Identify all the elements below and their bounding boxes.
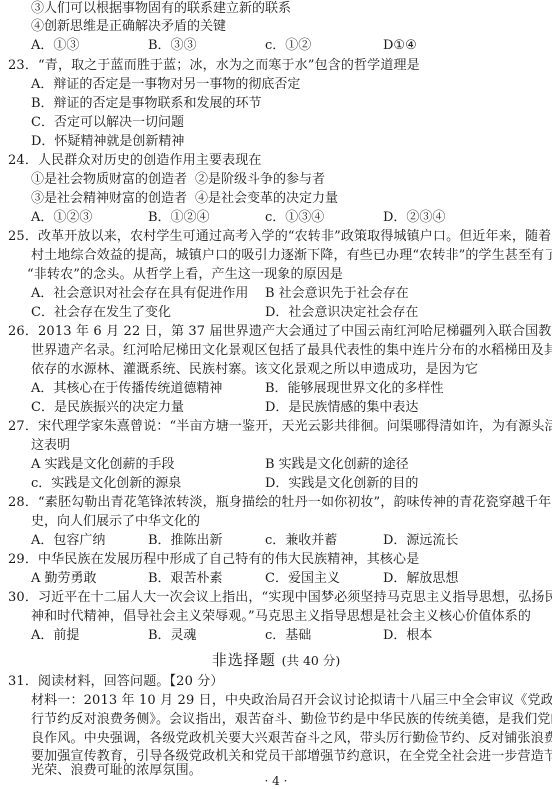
section-title: 非选择题 — [212, 651, 276, 669]
q31-material-line-2: 行节约反对浪费务侧》。会议指出，艰苦奋斗、勤俭节约是中华民族的传统美德，是我们党… — [31, 711, 552, 729]
q25-stem-line-2: 村土地综合效益的提高，城镇户口的吸引力逐渐下降，有些已办理“农转非”的学生甚至有… — [31, 247, 552, 265]
q31-material-line-3: 良作风。中央强调，各级党政机关要大兴艰苦奋斗之风，带头厉行勤俭节约、反对铺张浪费… — [31, 730, 552, 748]
q24-statement-2: ②是阶级斗争的参与者 — [195, 171, 325, 189]
section-heading-non-choice: 非选择题 (共 40 分) — [0, 650, 552, 671]
q24-statement-4: ④是社会变革的决定力量 — [195, 190, 338, 208]
q30-stem-line-1: 30．习近平在十二届人大一次会议上指出，“实现中国梦必须坚持马克思主义指导思想，… — [8, 589, 552, 607]
q30-options: A．前提 B．灵魂 c．基础 D．根本 — [31, 627, 541, 645]
q29-option-a: A 勤劳勇敢 — [31, 570, 97, 588]
q27-option-c: c．实践是文化创新的源泉 — [31, 475, 181, 493]
q24-options: A．①②③ B．①②④ c．①③④ D．②③④ — [31, 209, 541, 227]
q26-option-d: D．是民族情感的集中表达 — [265, 399, 418, 417]
q22-options: A．①③ B．③③ c．①② D①④ — [31, 37, 541, 55]
q30-option-a: A．前提 — [31, 627, 79, 645]
q24-option-a: A．①②③ — [31, 209, 92, 227]
q30-option-d: D．根本 — [383, 627, 432, 645]
q25-option-c: C．社会存在发生了变化 — [31, 304, 171, 322]
q29-option-b: B．艰苦朴素 — [148, 570, 223, 588]
q26-stem-line-1: 26．2013 年 6 月 22 日，第 37 届世界遗产大会通过了中国云南红河… — [8, 323, 552, 341]
q31-material-line-1: 材料一：2013 年 10 月 29 日，中央政治局召开会议讨论拟请十八届三中全… — [31, 692, 552, 710]
q27-option-b: B 实践是文化创薪的途径 — [265, 456, 409, 474]
q30-option-c: c．基础 — [265, 627, 311, 645]
q26-stem-line-3: 依存的水源林、灌溉系统、民族村寨。该文化景观之所以申遗成功，是因为它 — [31, 361, 478, 379]
q30-stem-line-2: 神和时代精神，倡导社会主义荣辱观。”马克思主义指导思想是社会主义核心价值体系的 — [31, 608, 531, 626]
q27-option-a: A 实践是文化创薪的手段 — [31, 456, 175, 474]
q30-option-b: B．灵魂 — [148, 627, 197, 645]
q27-option-d: D．实践是文化创新的目的 — [265, 475, 418, 493]
q28-options: A．包容广纳 B．推陈出新 c．兼收并蓄 D．源远流长 — [31, 532, 541, 550]
q22-option-b: B．③③ — [148, 37, 197, 55]
q25-option-b: B 社会意识先于社会存在 — [265, 285, 409, 303]
q25-option-a: A．社会意识对社会存在具有促进作用 — [31, 285, 248, 303]
q23-option-b: B．辩证的否定是事物联系和发展的环节 — [31, 95, 262, 113]
q25-stem-line-1: 25．改革开放以来，农村学生可通过高考入学的“农转非”政策取得城镇户口。但近年来… — [8, 228, 552, 246]
q26-stem-line-2: 世界遗产名录。红河哈尼梯田文化景观区包括了最具代表性的集中连片分布的水稻梯田及其… — [31, 342, 552, 360]
q28-option-a: A．包容广纳 — [31, 532, 105, 550]
q28-stem-line-1: 28．“素胚勾勒出青花笔锋浓转淡，瓶身描绘的牡丹一如你初妆”，韵味传神的青花瓷穿… — [8, 494, 552, 512]
q25-stem-line-3: “非转农”的念头。从哲学上看，产生这一现象的原因是 — [27, 266, 343, 284]
q26-option-a: A．其核心在于传播传统道德精神 — [31, 380, 222, 398]
q28-option-b: B．推陈出新 — [148, 532, 223, 550]
q28-option-c: c．兼收并蓄 — [265, 532, 337, 550]
q27-stem-line-2: 这表明 — [31, 437, 70, 455]
q28-option-d: D．源远流长 — [383, 532, 458, 550]
page-number: · 4 · — [0, 774, 552, 788]
q22-statement-3: ③人们可以根据事物固有的联系建立新的联系 — [31, 0, 291, 18]
q24-statement-1: ①是社会物质财富的创造者 — [31, 171, 187, 189]
q22-option-c: c．①② — [265, 37, 311, 55]
q24-statement-3: ③是社会精神财富的创造者 — [31, 190, 187, 208]
q23-stem: 23．“青，取之于蓝而胜于蓝；冰，水为之而寒于水”包含的哲学道理是 — [8, 57, 420, 75]
q23-option-c: C．否定可以解决一切问题 — [31, 114, 184, 132]
q29-option-c: C．爱国主义 — [265, 570, 340, 588]
q22-statement-4: ④创新思维是正确解决矛盾的关键 — [31, 18, 226, 36]
q26-option-c: C．是民族振兴的决定力量 — [31, 399, 184, 417]
q29-stem: 29．中华民族在发展历程中形成了自己特有的伟大民族精神，其核心是 — [8, 551, 419, 569]
q24-option-b: B．①②④ — [148, 209, 210, 227]
q25-option-d: D．社会意识决定社会存在 — [265, 304, 418, 322]
q24-stem: 24．人民群众对历史的创造作用主要表现在 — [8, 152, 262, 170]
q31-stem: 31．阅读材料，回答问题。【20 分） — [8, 673, 224, 691]
q22-option-a: A．①③ — [31, 37, 79, 55]
q26-option-b: B．能够展现世界文化的多样性 — [265, 380, 444, 398]
q23-option-a: A．辩证的否定是一事物对另一事物的彻底否定 — [31, 76, 300, 94]
q29-options: A 勤劳勇敢 B．艰苦朴素 C．爱国主义 D．解放思想 — [31, 570, 541, 588]
section-points: (共 40 分) — [282, 653, 341, 668]
q23-option-d: D．怀疑精神就是创新精神 — [31, 133, 184, 151]
q27-stem-line-1: 27．宋代理学家朱熹曾说：“半亩方塘一鉴开，天光云影共徘徊。问渠哪得清如许，为有… — [8, 418, 552, 436]
q29-option-d: D．解放思想 — [383, 570, 458, 588]
q22-option-d: D①④ — [383, 37, 417, 55]
q28-stem-line-2: 史，向人们展示了中华文化的 — [31, 513, 200, 531]
q24-option-d: D．②③④ — [383, 209, 445, 227]
q24-option-c: c．①③④ — [265, 209, 324, 227]
